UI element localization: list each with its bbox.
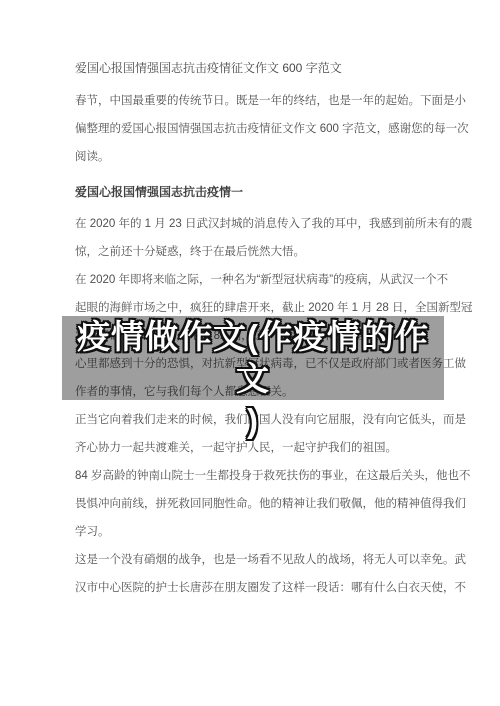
paragraph-line: 阅读。 [75,143,425,171]
watermark-title-line2: ) [62,400,444,442]
paragraph: 这是一个没有硝烟的战争，也是一场看不见敌人的战场，将无人可以幸免。武汉市中心医院… [75,546,425,602]
section-heading: 爱国心报国情强国志抗击疫情一 [75,178,425,206]
paragraph-line: 惊，之前还十分疑惑，终于在最后恍然大悟。 [75,238,425,266]
paragraph-line: 84 岁高龄的钟南山院士一生都投身于救死扶伤的事业，在这最后关头，他也不 [75,462,425,490]
paragraph-line: 在 2020 年即将来临之际，一种名为“新型冠状病毒”的疫病，从武汉一个不 [75,266,425,294]
document-title: 爱国心报国情强国志抗击疫情征文作文 600 字范文 [75,54,425,82]
paragraph: 84 岁高龄的钟南山院士一生都投身于救死扶伤的事业，在这最后关头，他也不畏惧冲向… [75,462,425,546]
paragraph-line: 在 2020 年的 1 月 23 日武汉封城的消息传入了我的耳中，我感到前所未有… [75,210,425,238]
paragraph-line: 春节，中国最重要的传统节日。既是一年的终结，也是一年的起始。下面是小 [75,87,425,115]
watermark-overlay: 疫情做作文(作疫情的作文 ) [62,316,444,400]
paragraph-line: 偏整理的爱国心报国情强国志抗击疫情征文作文 600 字范文，感谢您的每一次 [75,115,425,143]
paragraph-line: 畏惧冲向前线，拼死救回同胞性命。他的精神让我们敬佩，他的精神值得我们 [75,490,425,518]
paragraph-line: 这是一个没有硝烟的战争，也是一场看不见敌人的战场，将无人可以幸免。武 [75,546,425,574]
paragraph: 在 2020 年的 1 月 23 日武汉封城的消息传入了我的耳中，我感到前所未有… [75,210,425,266]
watermark-title-line1: 疫情做作文(作疫情的作文 [62,316,444,400]
paragraph-line: 学习。 [75,518,425,546]
paragraph: 春节，中国最重要的传统节日。既是一年的终结，也是一年的起始。下面是小偏整理的爱国… [75,87,425,171]
article-page: 爱国心报国情强国志抗击疫情征文作文 600 字范文 春节，中国最重要的传统节日。… [0,0,500,706]
paragraph-line: 汉市中心医院的护士长唐莎在朋友圈发了这样一段话：哪有什么白衣天使，不 [75,574,425,602]
